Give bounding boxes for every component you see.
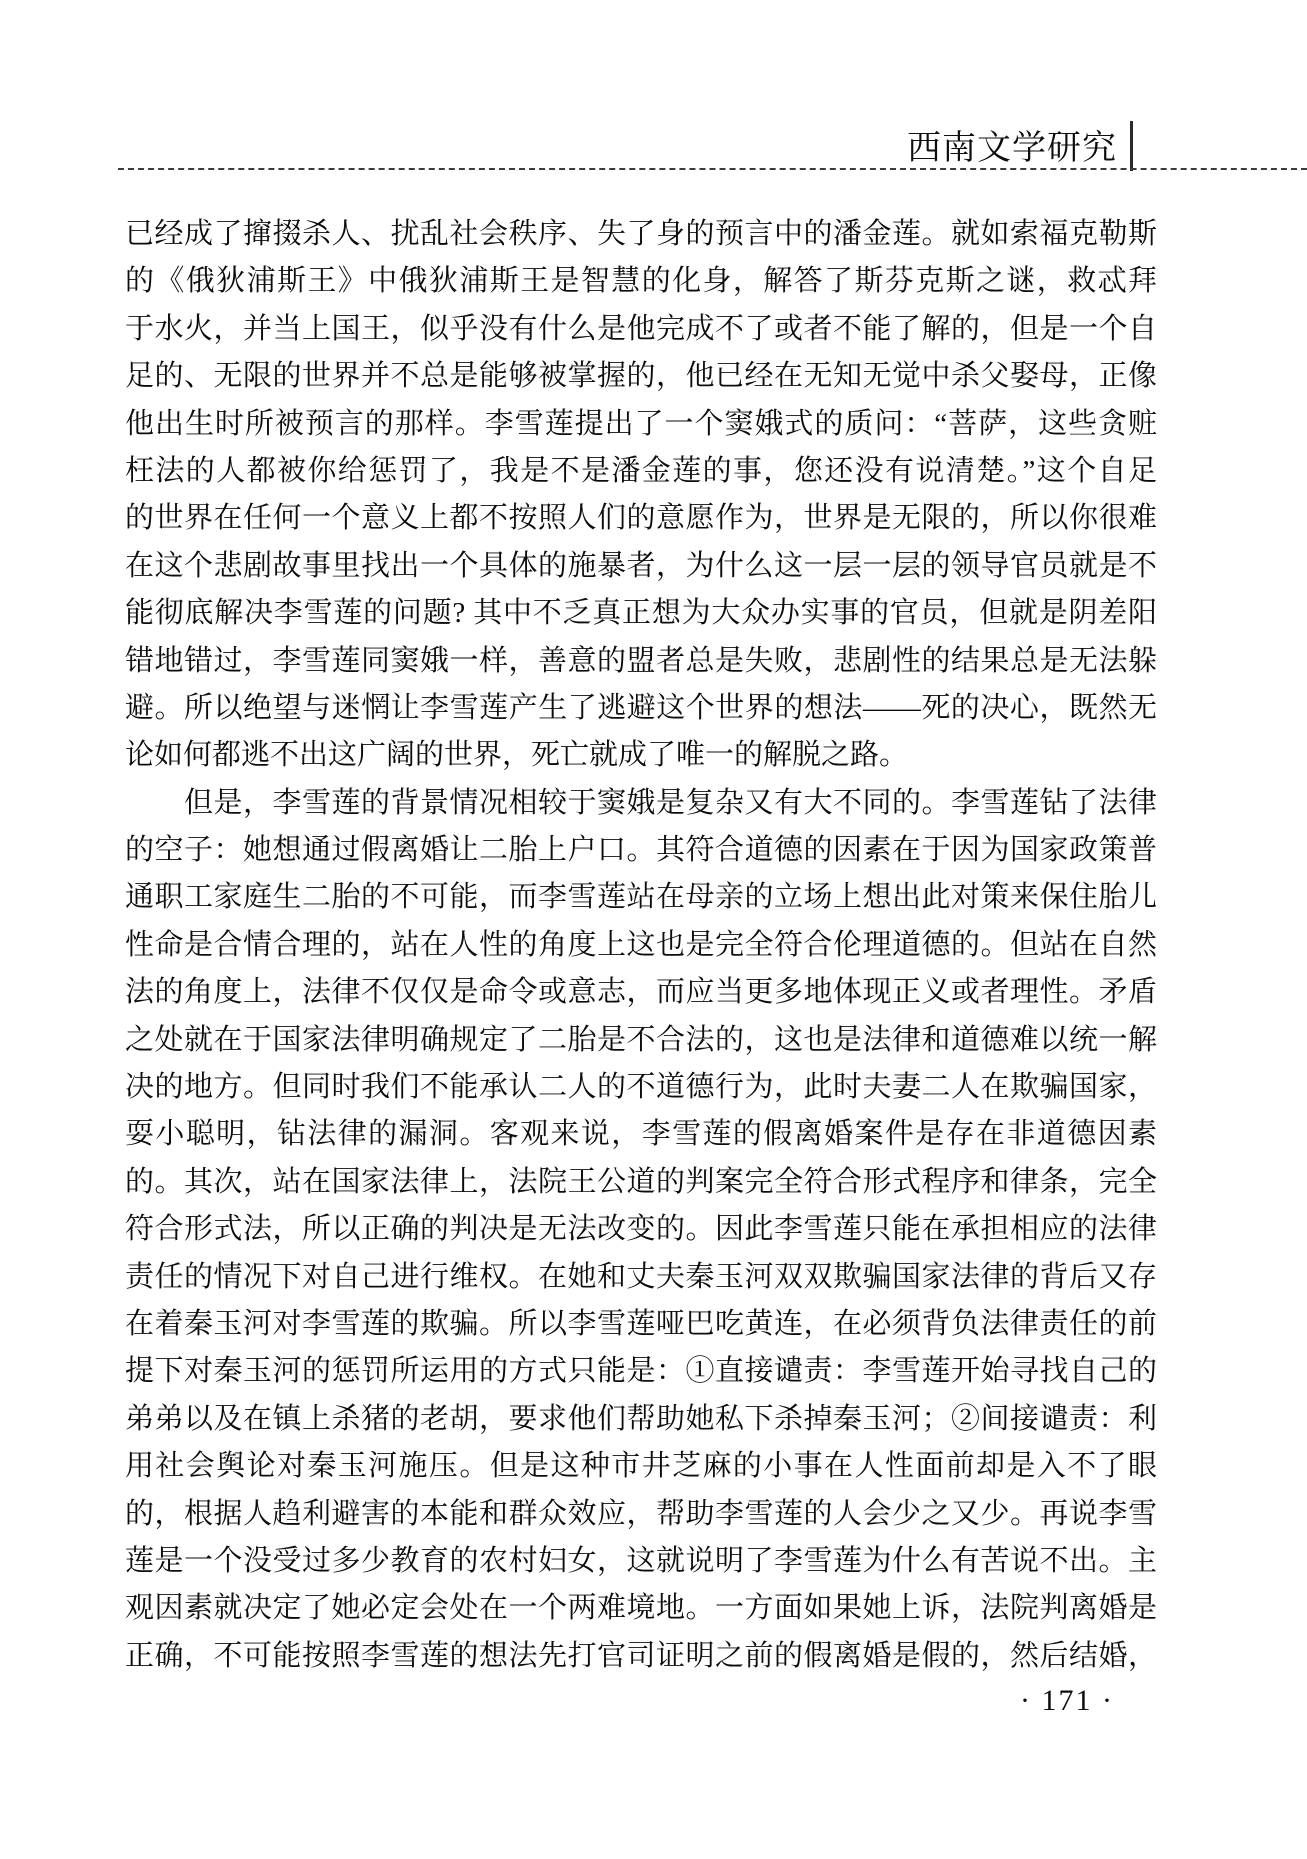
header-dashed-separator <box>118 168 1307 170</box>
text-line: 能彻底解决李雪莲的问题? 其中不乏真正想为大众办实事的官员，但就是阴差阳 <box>125 590 1157 637</box>
text-line: 的。其次，站在国家法律上，法院王公道的判案完全符合形式程序和律条，完全 <box>125 1159 1157 1206</box>
text-line: 足的、无限的世界并不总是能够被掌握的，他已经在无知无觉中杀父娶母，正像 <box>125 353 1157 400</box>
page-header-title: 西南文学研究 <box>907 130 1117 168</box>
text-line: 正确，不可能按照李雪莲的想法先打官司证明之前的假离婚是假的，然后结婚， <box>125 1633 1157 1680</box>
text-line: 在这个悲剧故事里找出一个具体的施暴者，为什么这一层一层的领导官员就是不 <box>125 543 1157 590</box>
text-line: 之处就在于国家法律明确规定了二胎是不合法的，这也是法律和道德难以统一解 <box>125 1017 1157 1064</box>
text-line: 在着秦玉河对李雪莲的欺骗。所以李雪莲哑巴吃黄连，在必须背负法律责任的前 <box>125 1301 1157 1348</box>
text-line: 性命是合情合理的，站在人性的角度上这也是完全符合伦理道德的。但站在自然 <box>125 922 1157 969</box>
text-line: 的空子：她想通过假离婚让二胎上户口。其符合道德的因素在于因为国家政策普 <box>125 827 1157 874</box>
text-line: 莲是一个没受过多少教育的农村妇女，这就说明了李雪莲为什么有苦说不出。主 <box>125 1538 1157 1585</box>
text-line: 避。所以绝望与迷惘让李雪莲产生了逃避这个世界的想法——死的决心，既然无 <box>125 685 1157 732</box>
text-line: 法的角度上，法律不仅仅是命令或意志，而应当更多地体现正义或者理性。矛盾 <box>125 969 1157 1016</box>
header-vertical-bar <box>1130 121 1133 171</box>
text-line: 符合形式法，所以正确的判决是无法改变的。因此李雪莲只能在承担相应的法律 <box>125 1206 1157 1253</box>
text-line: 但是，李雪莲的背景情况相较于窦娥是复杂又有大不同的。李雪莲钻了法律 <box>125 780 1157 827</box>
text-line: 于水火，并当上国王，似乎没有什么是他完成不了或者不能了解的，但是一个自 <box>125 306 1157 353</box>
text-line: 弟弟以及在镇上杀猪的老胡，要求他们帮助她私下杀掉秦玉河；②间接谴责：利 <box>125 1396 1157 1443</box>
text-line: 已经成了撺掇杀人、扰乱社会秩序、失了身的预言中的潘金莲。就如索福克勒斯 <box>125 211 1157 258</box>
text-line: 的，根据人趋利避害的本能和群众效应，帮助李雪莲的人会少之又少。再说李雪 <box>125 1491 1157 1538</box>
text-line: 用社会舆论对秦玉河施压。但是这种市井芝麻的小事在人性面前却是入不了眼 <box>125 1443 1157 1490</box>
document-page: 西南文学研究 已经成了撺掇杀人、扰乱社会秩序、失了身的预言中的潘金莲。就如索福克… <box>0 0 1307 1859</box>
page-number: · 171 · <box>1020 1684 1114 1718</box>
text-line: 通职工家庭生二胎的不可能，而李雪莲站在母亲的立场上想出此对策来保住胎儿 <box>125 874 1157 921</box>
text-line: 枉法的人都被你给惩罚了，我是不是潘金莲的事，您还没有说清楚。”这个自足 <box>125 448 1157 495</box>
text-line: 他出生时所被预言的那样。李雪莲提出了一个窦娥式的质问：“菩萨，这些贪赃 <box>125 401 1157 448</box>
text-line: 责任的情况下对自己进行维权。在她和丈夫秦玉河双双欺骗国家法律的背后又存 <box>125 1254 1157 1301</box>
text-line: 提下对秦玉河的惩罚所运用的方式只能是：①直接谴责：李雪莲开始寻找自己的 <box>125 1348 1157 1395</box>
text-line: 决的地方。但同时我们不能承认二人的不道德行为，此时夫妻二人在欺骗国家， <box>125 1064 1157 1111</box>
body-text: 已经成了撺掇杀人、扰乱社会秩序、失了身的预言中的潘金莲。就如索福克勒斯的《俄狄浦… <box>125 211 1157 1680</box>
text-line: 论如何都逃不出这广阔的世界，死亡就成了唯一的解脱之路。 <box>125 732 1157 779</box>
text-line: 观因素就决定了她必定会处在一个两难境地。一方面如果她上诉，法院判离婚是 <box>125 1585 1157 1632</box>
text-line: 错地错过，李雪莲同窦娥一样，善意的盟者总是失败，悲剧性的结果总是无法躲 <box>125 638 1157 685</box>
text-line: 的《俄狄浦斯王》中俄狄浦斯王是智慧的化身，解答了斯芬克斯之谜，救忒拜 <box>125 258 1157 305</box>
text-line: 耍小聪明，钻法律的漏洞。客观来说，李雪莲的假离婚案件是存在非道德因素 <box>125 1111 1157 1158</box>
text-line: 的世界在任何一个意义上都不按照人们的意愿作为，世界是无限的，所以你很难 <box>125 495 1157 542</box>
